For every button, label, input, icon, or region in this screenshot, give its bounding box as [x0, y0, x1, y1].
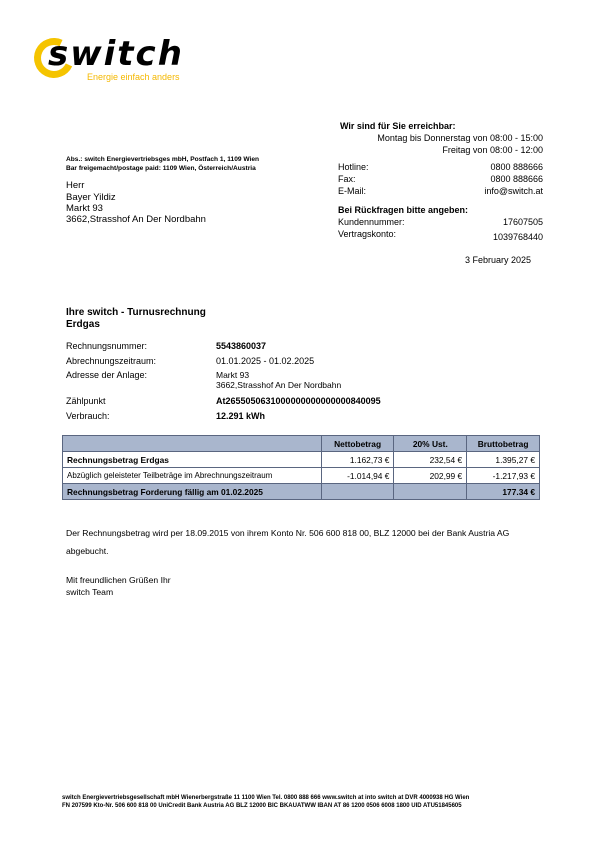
closing-line-2: switch Team	[66, 586, 171, 598]
email-label: E-Mail:	[338, 186, 366, 199]
row-gross: -1.217,93 €	[467, 468, 540, 484]
total-gross: 177.34 €	[467, 484, 540, 500]
detail-label: Abrechnungszeitraum:	[66, 356, 216, 370]
footer-line-1: switch Energievertriebsgesellschaft mbH …	[62, 794, 469, 802]
header-cell-net: Nettobetrag	[321, 436, 394, 452]
detail-row: Zählpunkt At2655050631000000000000000840…	[66, 396, 381, 411]
customer-number-value: 17607505	[503, 217, 543, 229]
header-cell-vat: 20% Ust.	[394, 436, 467, 452]
recipient-name: Bayer Yildiz	[66, 192, 206, 203]
row-vat: 202,99 €	[394, 468, 467, 484]
recipient-address: Herr Bayer Yildiz Markt 93 3662,Strassho…	[66, 180, 206, 225]
invoice-table: Nettobetrag 20% Ust. Bruttobetrag Rechnu…	[62, 435, 540, 500]
invoice-details: Rechnungsnummer: 5543860037 Abrechnungsz…	[66, 341, 381, 425]
hours-friday: Freitag von 08:00 - 12:00	[338, 145, 543, 157]
contract-account-value: 1039768440	[493, 229, 543, 242]
hours-weekday: Montag bis Donnerstag von 08:00 - 15:00	[338, 133, 543, 145]
hotline-row: Hotline: 0800 888666	[338, 162, 543, 174]
sender-line-1: Abs.: switch Energievertriebsges mbH, Po…	[66, 156, 259, 165]
switch-logo: switch Energie einfach anders	[30, 36, 180, 86]
fax-row: Fax: 0800 888666	[338, 174, 543, 186]
invoice-title-block: Ihre switch - Turnusrechnung Erdgas	[66, 307, 206, 331]
total-net-empty	[321, 484, 394, 500]
closing-line-1: Mit freundlichen Grüßen Ihr	[66, 574, 171, 586]
row-net: -1.014,94 €	[321, 468, 394, 484]
detail-label: Rechnungsnummer:	[66, 341, 216, 356]
contract-account-row: Vertragskonto: 1039768440	[338, 229, 543, 242]
detail-row: Verbrauch: 12.291 kWh	[66, 411, 381, 425]
plant-street: Markt 93	[216, 370, 341, 380]
payment-paragraph: Der Rechnungsbetrag wird per 18.09.2015 …	[66, 524, 546, 560]
invoice-subtitle: Erdgas	[66, 319, 206, 331]
customer-number-label: Kundennummer:	[338, 217, 405, 229]
invoice-title: Ihre switch - Turnusrechnung	[66, 307, 206, 319]
detail-value: 5543860037	[216, 341, 266, 356]
email-row: E-Mail: info@switch.at	[338, 185, 543, 199]
fax-value: 0800 888666	[490, 174, 543, 186]
recipient-city: 3662,Strasshof An Der Nordbahn	[66, 214, 206, 225]
total-label: Rechnungsbetrag Forderung fällig am 01.0…	[63, 484, 322, 500]
table-total-row: Rechnungsbetrag Forderung fällig am 01.0…	[63, 484, 540, 500]
row-net: 1.162,73 €	[321, 452, 394, 468]
detail-row: Rechnungsnummer: 5543860037	[66, 341, 381, 356]
row-label: Rechnungsbetrag Erdgas	[63, 452, 322, 468]
footer-line-2: FN 207599 Kto-Nr. 506 600 818 00 UniCred…	[62, 802, 469, 810]
table-header-row: Nettobetrag 20% Ust. Bruttobetrag	[63, 436, 540, 452]
detail-value: At2655050631000000000000000840095	[216, 396, 381, 411]
row-vat: 232,54 €	[394, 452, 467, 468]
contract-account-label: Vertragskonto:	[338, 229, 396, 242]
email-value[interactable]: info@switch.at	[484, 186, 543, 199]
detail-value: Markt 93 3662,Strasshof An Der Nordbahn	[216, 370, 341, 396]
detail-value: 12.291 kWh	[216, 411, 265, 425]
fax-label: Fax:	[338, 174, 356, 186]
recipient-salutation: Herr	[66, 180, 206, 191]
customer-number-row: Kundennummer: 17607505	[338, 217, 543, 229]
table-row: Abzüglich geleisteter Teilbeträge im Abr…	[63, 468, 540, 484]
recipient-street: Markt 93	[66, 203, 206, 214]
hotline-label: Hotline:	[338, 162, 369, 174]
detail-label: Zählpunkt	[66, 396, 216, 411]
contact-block: Wir sind für Sie erreichbar: Montag bis …	[338, 121, 543, 266]
header-cell-gross: Bruttobetrag	[467, 436, 540, 452]
detail-label: Verbrauch:	[66, 411, 216, 425]
hotline-value: 0800 888666	[490, 162, 543, 174]
total-vat-empty	[394, 484, 467, 500]
detail-row: Adresse der Anlage: Markt 93 3662,Strass…	[66, 370, 381, 396]
document-date: 3 February 2025	[338, 255, 543, 267]
table-row: Rechnungsbetrag Erdgas 1.162,73 € 232,54…	[63, 452, 540, 468]
detail-row: Abrechnungszeitraum: 01.01.2025 - 01.02.…	[66, 356, 381, 370]
row-label: Abzüglich geleisteter Teilbeträge im Abr…	[63, 468, 322, 484]
plant-city: 3662,Strasshof An Der Nordbahn	[216, 380, 341, 390]
detail-value: 01.01.2025 - 01.02.2025	[216, 356, 314, 370]
detail-label: Adresse der Anlage:	[66, 370, 216, 396]
closing-block: Mit freundlichen Grüßen Ihr switch Team	[66, 574, 171, 598]
contact-heading: Wir sind für Sie erreichbar:	[338, 121, 543, 133]
footer: switch Energievertriebsgesellschaft mbH …	[62, 794, 469, 810]
reference-heading: Bei Rückfragen bitte angeben:	[338, 205, 543, 217]
logo-wordmark: switch	[48, 34, 184, 74]
sender-line-2: Bar freigemacht/postage paid: 1109 Wien,…	[66, 165, 259, 174]
sender-block: Abs.: switch Energievertriebsges mbH, Po…	[66, 156, 259, 173]
logo-tagline: Energie einfach anders	[87, 72, 180, 82]
row-gross: 1.395,27 €	[467, 452, 540, 468]
header-cell-description	[63, 436, 322, 452]
